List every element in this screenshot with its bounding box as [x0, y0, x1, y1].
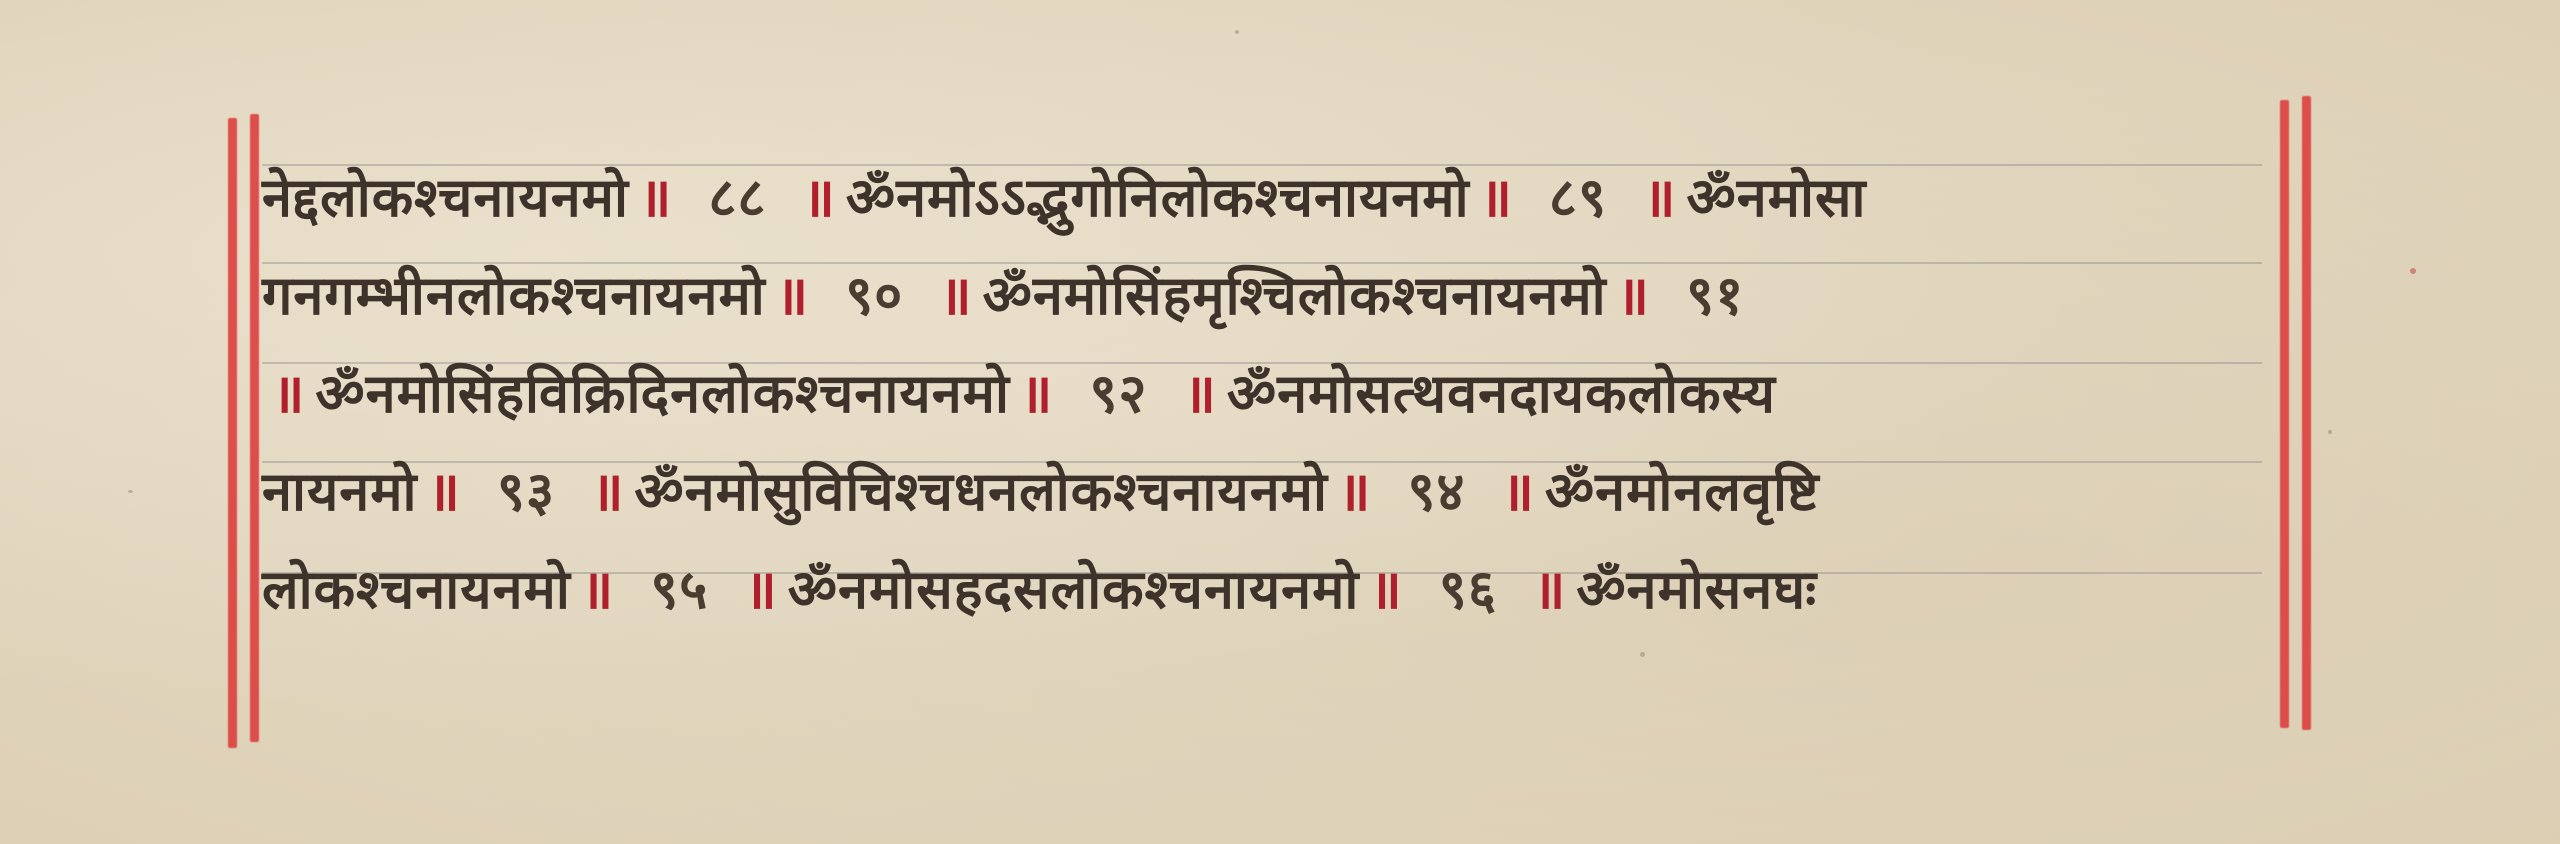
double-danda: ॥	[639, 158, 672, 232]
right-margin-rule-outer	[2302, 96, 2311, 730]
verse-number: ९३	[497, 452, 555, 526]
left-margin-rule-outer	[228, 118, 237, 748]
double-danda: ॥	[1617, 256, 1650, 330]
verse-number: ९१	[1686, 256, 1744, 330]
verse-number: ८८	[708, 158, 766, 232]
text-line-1: नेद्दलोकश्चनायनमो ॥ ८८ ॥ ॐनमोऽऽद्भुगोनिल…	[262, 146, 2267, 244]
text-line-5: लोकश्चनायनमो ॥ ९५ ॥ ॐनमोसहदसलोकश्चनायनमो…	[262, 538, 2267, 636]
left-margin-rule-inner	[250, 114, 259, 742]
double-danda: ॥	[776, 256, 809, 330]
double-danda: ॥	[272, 354, 305, 428]
paper-speck	[2328, 430, 2332, 434]
text-segment: ॐनमोनलवृष्टि	[1545, 452, 1820, 526]
text-segment: ॐनमोसिंहविक्रिदिनलोकश्चनायनमो	[315, 354, 1010, 428]
text-line-2: गनगम्भीनलोकश्चनायनमो ॥ ९० ॥ ॐनमोसिंहमृश्…	[262, 244, 2267, 342]
paper-speck	[1235, 30, 1239, 34]
double-danda: ॥	[744, 550, 777, 624]
text-segment: गनगम्भीनलोकश्चनायनमो	[262, 256, 766, 330]
double-danda: ॥	[1643, 158, 1676, 232]
text-line-3: ॥ ॐनमोसिंहविक्रिदिनलोकश्चनायनमो ॥ ९२ ॥ ॐ…	[262, 342, 2267, 440]
text-segment: ॐनमोऽऽद्भुगोनिलोकश्चनायनमो	[846, 158, 1470, 232]
paper-speck	[2410, 268, 2416, 274]
paper-speck	[1640, 652, 1645, 657]
double-danda: ॥	[939, 256, 972, 330]
double-danda: ॥	[1533, 550, 1566, 624]
verse-number: ९५	[650, 550, 708, 624]
double-danda: ॥	[1183, 354, 1216, 428]
double-danda: ॥	[1338, 452, 1371, 526]
text-line-4: नायनमो ॥ ९३ ॥ ॐनमोसुविचिश्चधनलोकश्चनायनम…	[262, 440, 2267, 538]
text-segment: ॐनमोसा	[1686, 158, 1866, 232]
double-danda: ॥	[1502, 452, 1535, 526]
text-segment: ॐनमोसिंहमृश्चिलोकश्चनायनमो	[983, 256, 1607, 330]
double-danda: ॥	[591, 452, 624, 526]
text-segment: ॐनमोसुविचिश्चधनलोकश्चनायनमो	[634, 452, 1328, 526]
verse-number: ८९	[1549, 158, 1607, 232]
text-segment: नेद्दलोकश्चनायनमो	[262, 158, 629, 232]
text-segment: लोकश्चनायनमो	[262, 550, 571, 624]
right-margin-rule-inner	[2280, 100, 2289, 728]
verse-number: ९६	[1439, 550, 1497, 624]
double-danda: ॥	[1480, 158, 1513, 232]
double-danda: ॥	[1020, 354, 1053, 428]
text-segment: ॐनमोसहदसलोकश्चनायनमो	[788, 550, 1360, 624]
double-danda: ॥	[802, 158, 835, 232]
verse-number: ९२	[1089, 354, 1147, 428]
verse-number: ९४	[1407, 452, 1465, 526]
text-segment: ॐनमोसनघः	[1576, 550, 1817, 624]
manuscript-text-block: नेद्दलोकश्चनायनमो ॥ ८८ ॥ ॐनमोऽऽद्भुगोनिल…	[262, 146, 2267, 636]
text-segment: नायनमो	[262, 452, 418, 526]
paper-speck	[128, 490, 133, 493]
manuscript-folio: नेद्दलोकश्चनायनमो ॥ ८८ ॥ ॐनमोऽऽद्भुगोनिल…	[0, 0, 2560, 844]
double-danda: ॥	[428, 452, 461, 526]
double-danda: ॥	[581, 550, 614, 624]
text-segment: ॐनमोसत्थवनदायकलोकस्य	[1227, 354, 1776, 428]
double-danda: ॥	[1369, 550, 1402, 624]
verse-number: ९०	[845, 256, 903, 330]
